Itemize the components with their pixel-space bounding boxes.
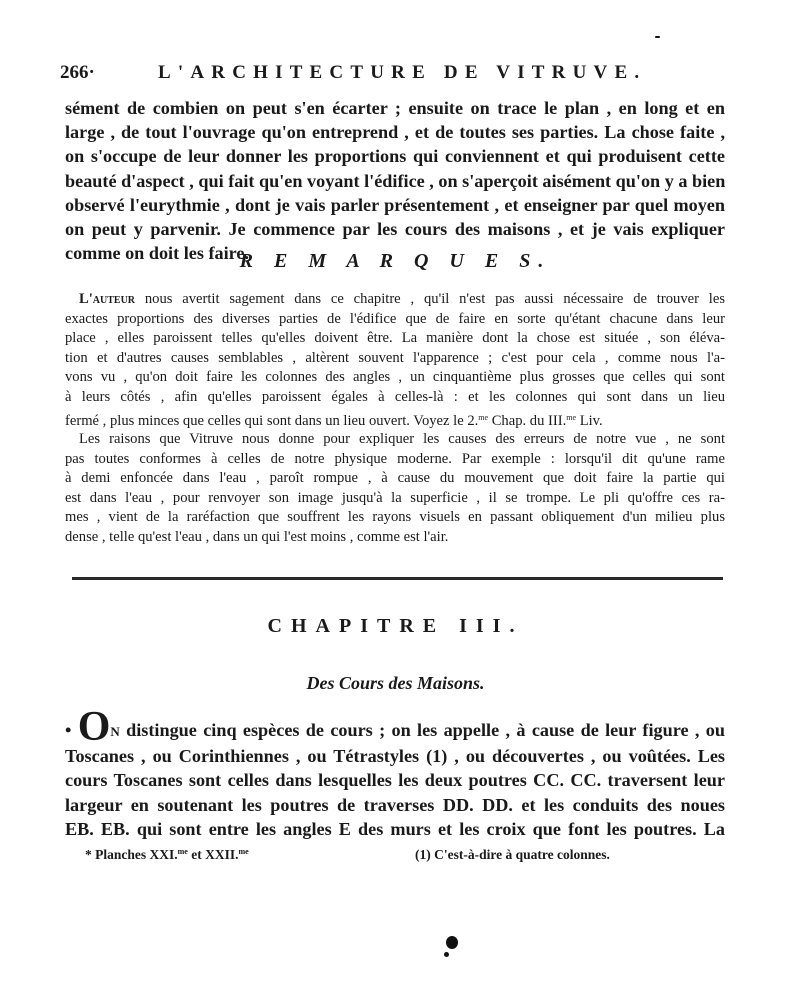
- text-line: Toscanes , ou Corinthiennes , ou Tétrast…: [65, 744, 725, 768]
- superscript: me: [238, 847, 248, 856]
- text-line: EB. EB. qui sont entre les angles E des …: [65, 817, 725, 841]
- chapter-title: CHAPITRE III.: [0, 615, 791, 638]
- text-line: exactes proportions des diverses parties…: [65, 310, 725, 330]
- text-line: Les raisons que Vitruve nous donne pour …: [65, 430, 725, 450]
- text-line: large , de tout l'ouvrage qu'on entrepre…: [65, 120, 725, 144]
- text-line: fermé , plus minces que celles qui sont …: [65, 408, 725, 432]
- text-line: • ON distingue cinq espèces de cours ; o…: [65, 712, 725, 744]
- superscript: me: [566, 413, 576, 422]
- footnote-planches: * Planches XXI.me et XXII.me: [85, 847, 249, 863]
- text-line: beauté d'aspect , qui fait qu'en voyant …: [65, 169, 725, 193]
- lead-smallcaps: L'auteur: [79, 291, 135, 307]
- text-span: Chap. du III.: [488, 413, 566, 429]
- remarques-paragraph-2: Les raisons que Vitruve nous donne pour …: [65, 430, 725, 548]
- superscript: me: [478, 413, 488, 422]
- text-line: à demi enfoncée dans l'eau , paroît romp…: [65, 469, 725, 489]
- footnote-1: (1) C'est-à-dire à quatre colonnes.: [415, 847, 610, 863]
- drop-cap: O: [78, 704, 111, 750]
- chapter-text-block: • ON distingue cinq espèces de cours ; o…: [65, 712, 725, 841]
- section-divider: [72, 577, 723, 580]
- text-span: Planches XXI.: [92, 847, 178, 862]
- footnote-marker: •: [65, 720, 71, 740]
- ink-speck: [444, 952, 449, 957]
- remarques-paragraph-1: L'auteur nous avertit sagement dans ce c…: [65, 290, 725, 431]
- text-line: cours Toscanes sont celles dans lesquell…: [65, 768, 725, 792]
- text-line: à leurs côtés , afin qu'elles paroissent…: [65, 388, 725, 408]
- text-line: place , elles paroissent telles qu'elles…: [65, 329, 725, 349]
- text-span: distingue cinq espèces de cours ; on les…: [120, 720, 725, 740]
- remarques-heading: R E M A R Q U E S.: [0, 250, 791, 273]
- text-line: tion et d'autres causes semblables , alt…: [65, 349, 725, 369]
- footnote-marker: *: [85, 847, 92, 862]
- text-line: largeur en soutenant les poutres de trav…: [65, 793, 725, 817]
- text-span: fermé , plus minces que celles qui sont …: [65, 413, 478, 429]
- ink-speck: [446, 936, 458, 949]
- text-span: Liv.: [576, 413, 603, 429]
- running-header: 266· L'ARCHITECTURE DE VITRUVE.: [60, 62, 760, 86]
- text-line: mes , vient de la raréfaction que souffr…: [65, 508, 725, 528]
- chapter-subtitle: Des Cours des Maisons.: [0, 673, 791, 694]
- ink-speck: [655, 36, 660, 38]
- text-line: dense , telle qu'est l'eau , dans un qui…: [65, 528, 725, 548]
- running-title: L'ARCHITECTURE DE VITRUVE.: [158, 62, 646, 84]
- main-text-block: sément de combien on peut s'en écarter ;…: [65, 96, 725, 265]
- text-line: pas toutes conformes à celles de notre p…: [65, 450, 725, 470]
- text-line: vons vu , qu'on doit faire les colonnes …: [65, 368, 725, 388]
- text-line: observé l'eurythmie , dont je vais parle…: [65, 193, 725, 217]
- text-line: est dans l'eau , pour renvoyer son image…: [65, 489, 725, 509]
- text-span: nous avertit sagement dans ce chapitre ,…: [135, 291, 725, 307]
- text-span: et XXII.: [188, 847, 239, 862]
- text-line: L'auteur nous avertit sagement dans ce c…: [65, 290, 725, 310]
- text-line: on s'occupe de leur donner les proportio…: [65, 144, 725, 168]
- text-line: sément de combien on peut s'en écarter ;…: [65, 96, 725, 120]
- superscript: me: [178, 847, 188, 856]
- page-number: 266·: [60, 62, 95, 84]
- drop-cap-rest: N: [110, 724, 119, 739]
- text-line: on peut y parvenir. Je commence par les …: [65, 217, 725, 241]
